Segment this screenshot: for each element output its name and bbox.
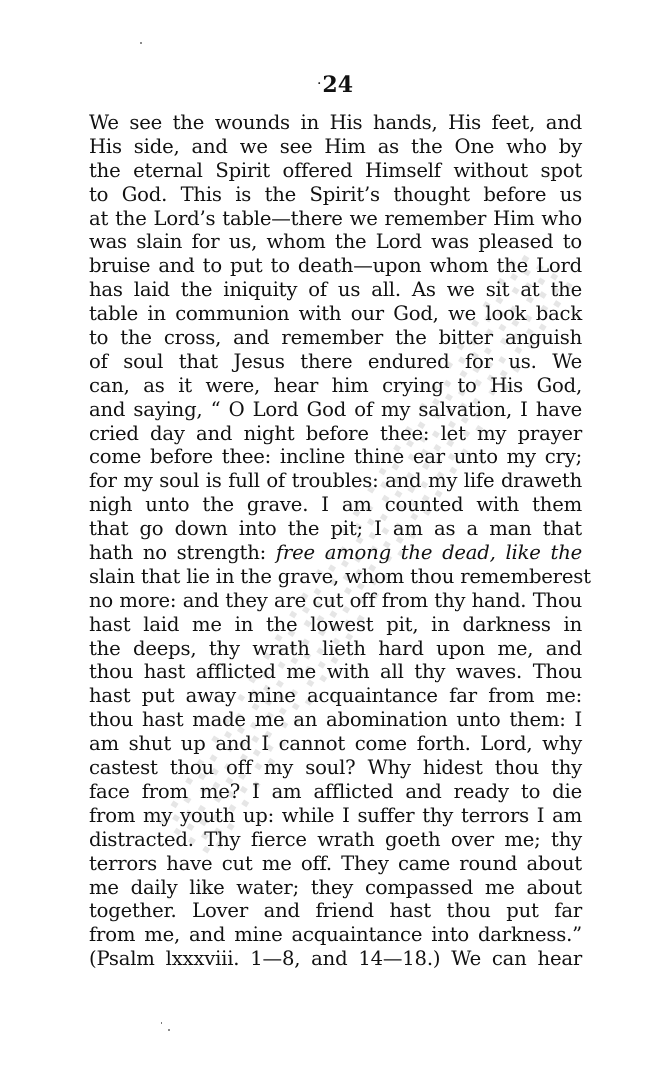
- text-line: cried day and night before thee: let my …: [89, 422, 582, 446]
- text-line: of soul that Jesus there endured for us.…: [89, 350, 582, 374]
- text-line: thou hast afflicted me with all thy wave…: [89, 660, 582, 684]
- text-line: His side, and we see Him as the One who …: [89, 135, 582, 159]
- text-line: face from me? I am afflicted and ready t…: [89, 780, 582, 804]
- stray-dot: ·: [317, 76, 321, 92]
- text-line: can, as it were, hear him crying to His …: [89, 374, 582, 398]
- text-line-italic: hath no strength: free among the dead, l…: [89, 541, 582, 565]
- text-line: that go down into the pit; I am as a man…: [89, 517, 582, 541]
- text-line: me daily like water; they compassed me a…: [89, 876, 582, 900]
- stray-mark: [168, 1029, 170, 1031]
- text-line: table in communion with our God, we look…: [89, 302, 582, 326]
- stray-mark: [140, 42, 142, 44]
- roman-text: hath no strength:: [89, 541, 276, 564]
- text-line: together. Lover and friend hast thou put…: [89, 899, 582, 923]
- text-line: hast put away mine acquaintance far from…: [89, 684, 582, 708]
- text-line: the eternal Spirit offered Himself witho…: [89, 159, 582, 183]
- page-number-text: 24: [322, 72, 353, 98]
- text-line: distracted. Thy fierce wrath goeth over …: [89, 828, 582, 852]
- text-line: to the cross, and remember the bitter an…: [89, 326, 582, 350]
- text-line: was slain for us, whom the Lord was plea…: [89, 230, 582, 254]
- stray-mark: [161, 1022, 162, 1024]
- text-line: thou hast made me an abomination unto th…: [89, 708, 582, 732]
- body-text: We see the wounds in His hands, His feet…: [89, 111, 582, 971]
- text-line: castest thou off my soul? Why hidest tho…: [89, 756, 582, 780]
- page-number: ·24: [0, 70, 650, 99]
- text-line: and saying, “ O Lord God of my salvation…: [89, 398, 582, 422]
- text-line: am shut up and I cannot come forth. Lord…: [89, 732, 582, 756]
- text-line: for my soul is full of troubles: and my …: [89, 469, 582, 493]
- text-line: We see the wounds in His hands, His feet…: [89, 111, 582, 135]
- text-line: has laid the iniquity of us all. As we s…: [89, 278, 582, 302]
- text-line: from my youth up: while I suffer thy ter…: [89, 804, 582, 828]
- text-line: come before thee: incline thine ear unto…: [89, 445, 582, 469]
- text-line: from me, and mine acquaintance into dark…: [89, 923, 582, 947]
- text-line: terrors have cut me off. They came round…: [89, 852, 582, 876]
- italic-text: free among the dead, like the: [276, 541, 582, 564]
- text-line: at the Lord’s table—there we remember Hi…: [89, 207, 582, 231]
- text-line: slain that lie in the grave, whom thou r…: [89, 565, 582, 589]
- text-line: bruise and to put to death—upon whom the…: [89, 254, 582, 278]
- book-page: ░░░░░░░░░░░░░░ ·24 We see the wounds in …: [0, 0, 650, 1090]
- text-line: the deeps, thy wrath lieth hard upon me,…: [89, 637, 582, 661]
- text-line: (Psalm lxxxviii. 1—8, and 14—18.) We can…: [89, 947, 582, 971]
- text-line: no more: and they are cut off from thy h…: [89, 589, 582, 613]
- text-line: nigh unto the grave. I am counted with t…: [89, 493, 582, 517]
- text-line: to God. This is the Spirit’s thought bef…: [89, 183, 582, 207]
- text-line: hast laid me in the lowest pit, in darkn…: [89, 613, 582, 637]
